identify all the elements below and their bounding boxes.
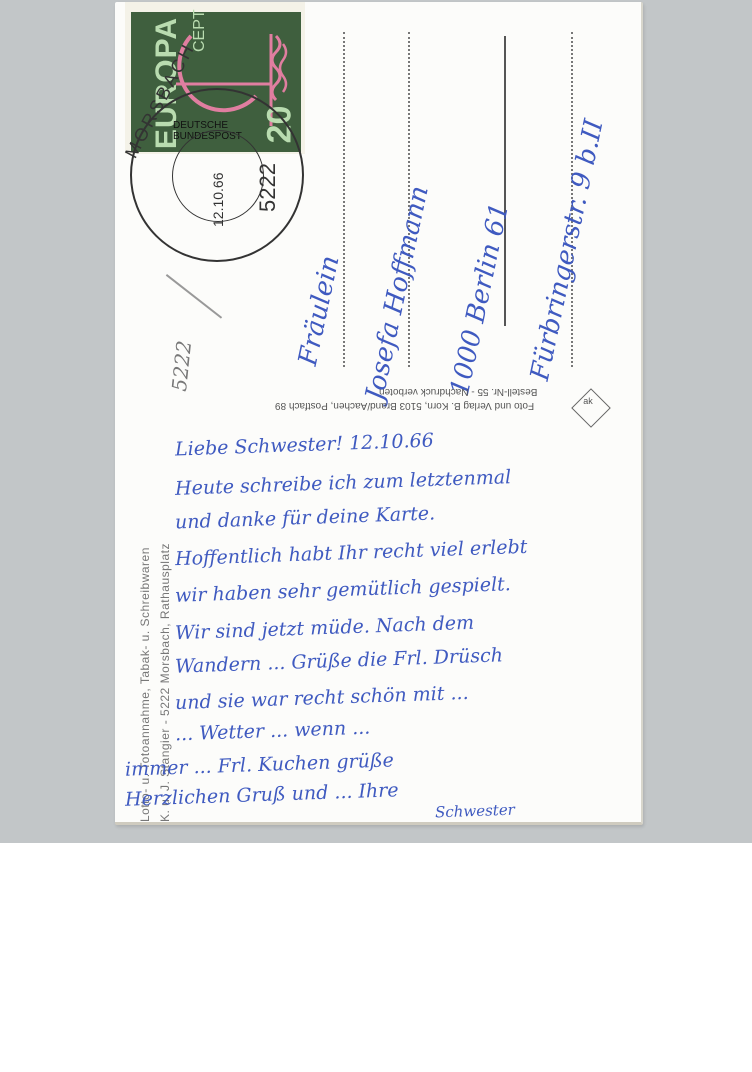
postcard-back: EUROPA CEPT DEUTSCHE BUNDESPOST 20 MORSB… (115, 2, 643, 825)
publisher-logo: ak (571, 388, 611, 428)
address-line-4: Fürbringerstr. 9 b.II (525, 117, 610, 383)
publisher-line-1: Foto und Verlag B. Korn, 5103 Brand/Aach… (275, 400, 534, 411)
message-line: Hoffentlich habt Ihr recht viel erlebt (175, 536, 528, 570)
message-signature: Schwester (435, 801, 515, 822)
postmark-date: 12.10.66 (210, 173, 226, 228)
publisher-logo-text: ak (583, 396, 593, 406)
address-rule-1 (343, 32, 345, 367)
side-imprint-line2: K. u. J. Stangier - 5222 Morsbach, Ratha… (155, 543, 175, 822)
address-rule-3 (504, 36, 506, 326)
address-line-2: Josefa Hoffmann (360, 183, 435, 403)
message-line: ... Wetter ... wenn ... (175, 717, 371, 746)
message-line: und sie war recht schön mit ... (175, 682, 469, 714)
pencil-mark (166, 274, 222, 318)
message-line: und danke für deine Karte. (175, 502, 436, 533)
message-line: Liebe Schwester! 12.10.66 (175, 429, 434, 460)
message-line: Heute schreibe ich zum letztenmal (175, 466, 512, 500)
postmark-postcode: 5222 (255, 163, 281, 212)
address-line-1: Fräulein (293, 253, 346, 368)
message-line: wir haben sehr gemütlich gespielt. (175, 573, 511, 607)
publisher-line-2: Bestell-Nr. 55 - Nachdruck verboten (379, 386, 537, 397)
message-line: Wir sind jetzt müde. Nach dem (175, 612, 475, 644)
message-line: Wandern ... Grüße die Frl. Drüsch (175, 644, 504, 677)
pencil-note: 5222 (167, 339, 196, 392)
